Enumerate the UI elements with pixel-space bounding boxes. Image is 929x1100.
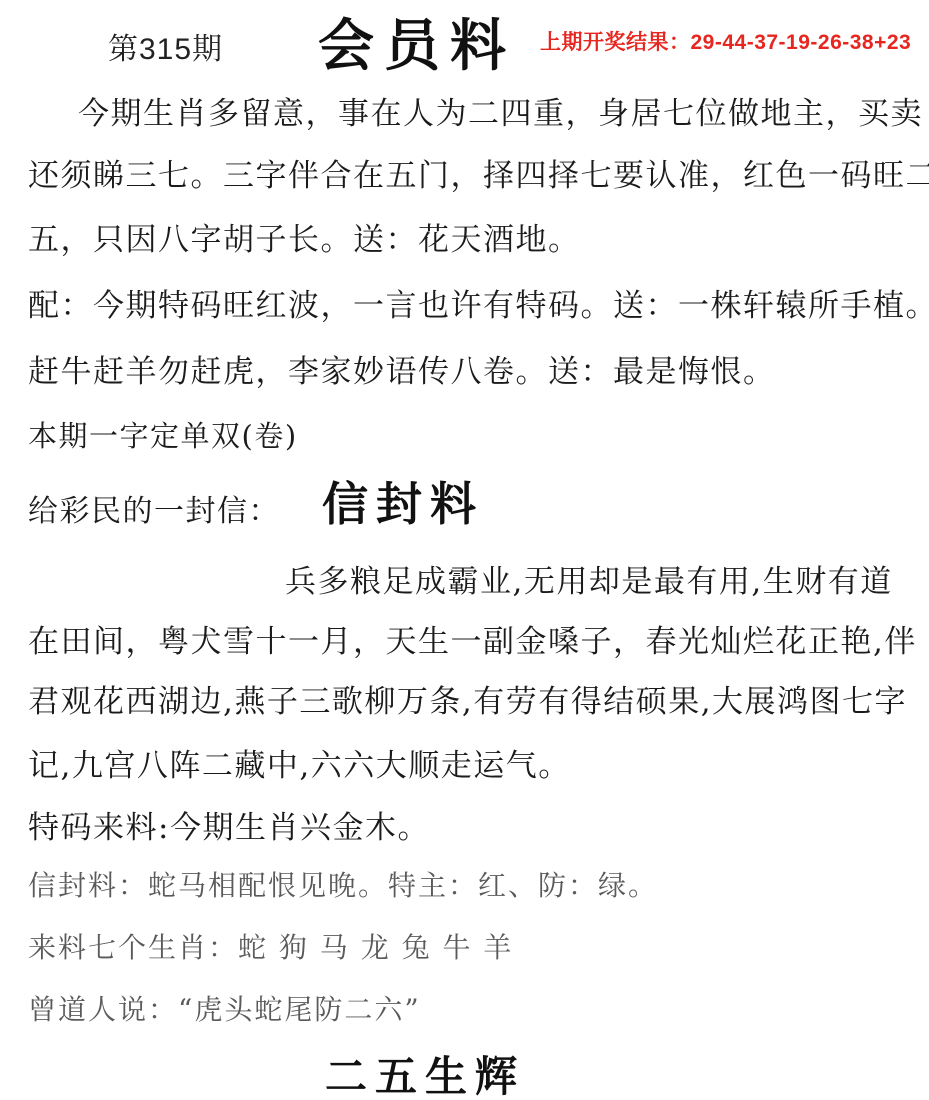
member-line: 今期生肖多留意，事在人为二四重，身居七位做地主，买卖 xyxy=(78,88,923,133)
member-line: 五，只因八字胡子长。送：花天酒地。 xyxy=(28,214,581,259)
issue-number-label: 第315期 xyxy=(108,24,223,68)
member-line: 还须睇三七。三字伴合在五门，择四择七要认准，红色一码旺二 xyxy=(28,150,929,195)
envelope-line: 记,九宫八阵二藏中,六六大顺走运气。 xyxy=(28,740,571,785)
envelope-line: 君观花西湖边,燕子三歌柳万条,有劳有得结硕果,大展鸿图七字 xyxy=(28,676,907,721)
tip-special-code: 特码来料:今期生肖兴金木。 xyxy=(28,802,430,847)
lottery-tip-sheet: 第315期 会员料 上期开奖结果：29-44-37-19-26-38+23 今期… xyxy=(0,0,929,1100)
member-line: 赶牛赶羊勿赶虎，李家妙语传八卷。送：最是悔恨。 xyxy=(28,346,776,391)
single-double-line: 本期一字定单双(卷) xyxy=(28,414,298,455)
member-line: 配：今期特码旺红波，一言也许有特码。送：一株轩辕所手植。 xyxy=(28,280,929,325)
last-draw-result: 上期开奖结果：29-44-37-19-26-38+23 xyxy=(540,26,911,56)
page-title: 会员料 xyxy=(318,2,516,82)
envelope-section-title: 信封料 xyxy=(322,468,484,534)
envelope-line: 兵多粮足成霸业,无用却是最有用,生财有道 xyxy=(285,556,893,601)
tip-envelope: 信封料：蛇马相配恨见晚。特主：红、防：绿。 xyxy=(28,864,658,904)
footer-slogan: 二五生辉 xyxy=(325,1044,525,1100)
envelope-intro-label: 给彩民的一封信： xyxy=(28,486,280,530)
envelope-line: 在田间，粤犬雪十一月，天生一副金嗓子，春光灿烂花正艳,伴 xyxy=(28,616,917,661)
tip-zodiac-list: 来料七个生肖：蛇 狗 马 龙 兔 牛 羊 xyxy=(28,926,513,966)
tip-master-quote: 曾道人说：“虎头蛇尾防二六” xyxy=(28,988,421,1028)
